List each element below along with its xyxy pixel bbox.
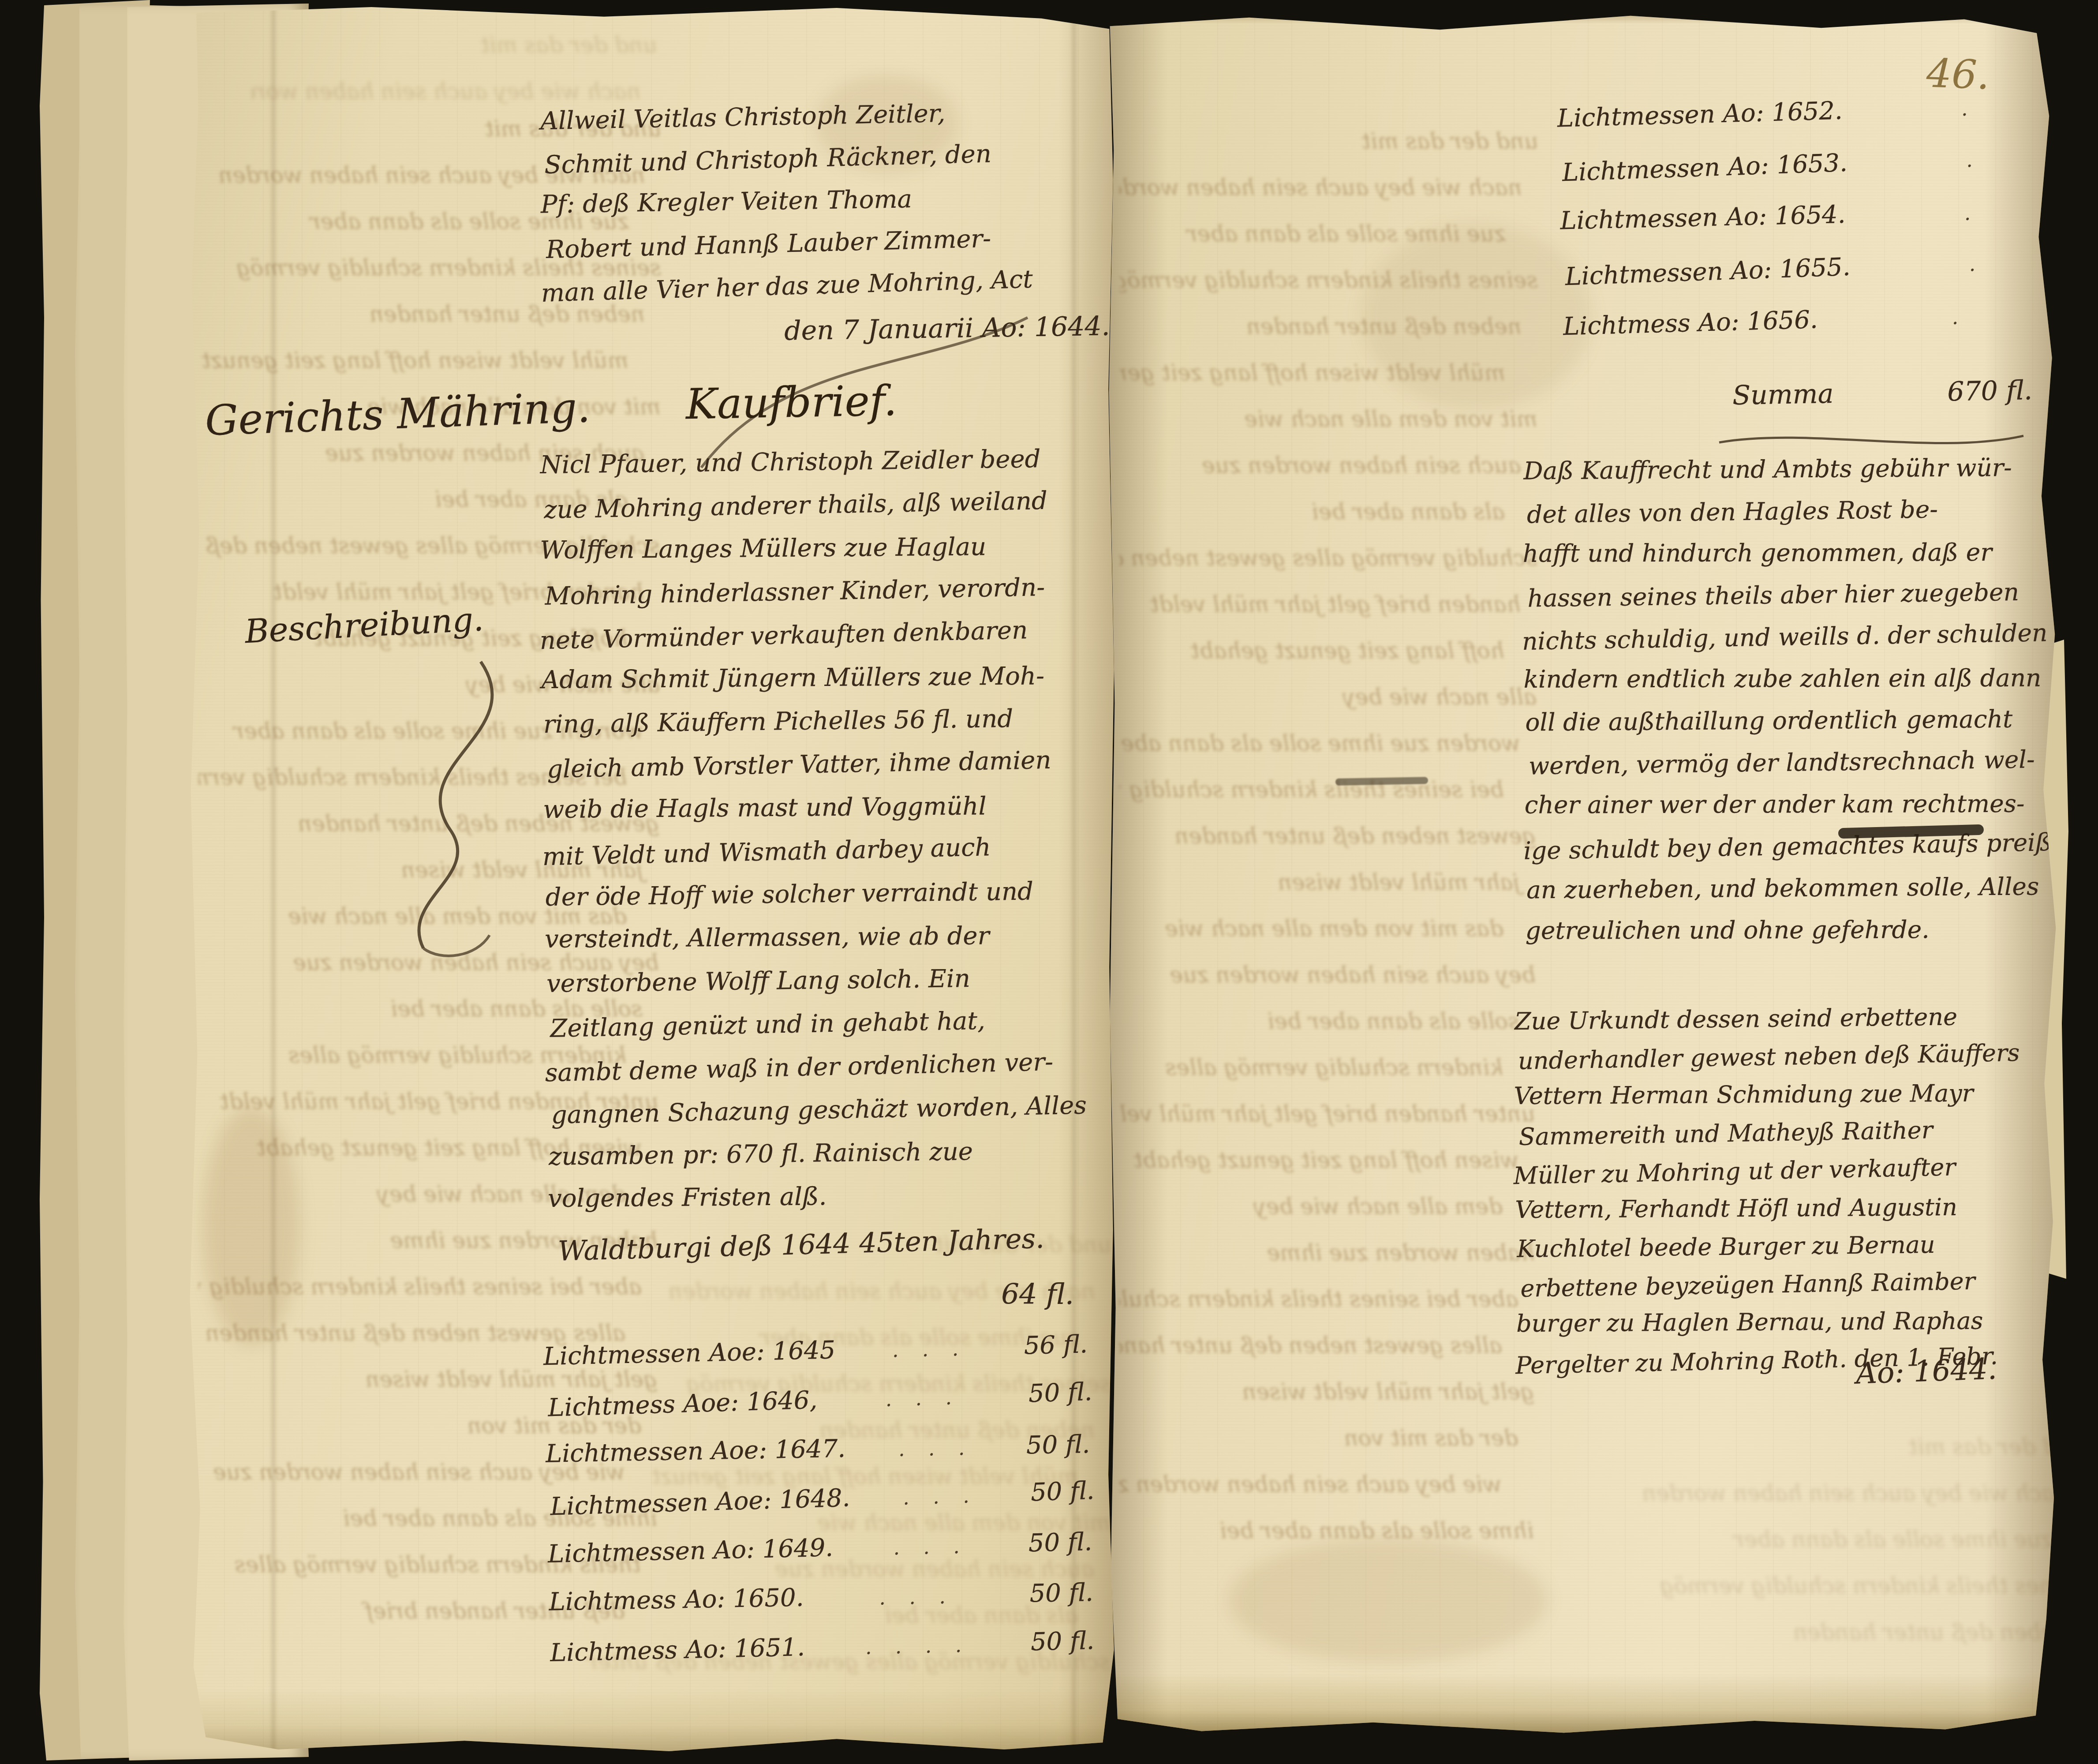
bleed-through-text: gelt jahr mühl veldt wisen bbox=[1119, 1369, 1534, 1415]
manuscript-line: underhandler gewest neben deß Käuffers bbox=[1518, 1033, 2096, 1080]
payment-amount: 50 fl. bbox=[2095, 86, 2098, 118]
witnesses-paragraph: Zue Urkundt dessen seind erbetteneunderh… bbox=[1515, 996, 2096, 1382]
manuscript-line: Daß Kauffrecht und Ambts gebühr wür- bbox=[1523, 446, 2097, 492]
bleed-through-text: als dann aber bei bbox=[1119, 489, 1505, 535]
bleed-through-text: und der das mit bbox=[1119, 118, 1538, 165]
manuscript-line: kindern endtlich zube zahlen ein alß dan… bbox=[1524, 657, 2097, 700]
payment-label: Lichtmess Aoe: 1646, bbox=[548, 1386, 818, 1422]
bleed-through-text: nach wie bey auch sein haben worden bbox=[1119, 165, 1522, 211]
manuscript-line: weib die Hagls mast und Voggmühl bbox=[543, 784, 1117, 831]
payment-dots: . . . bbox=[845, 1436, 1027, 1462]
payment-dots: . bbox=[1845, 199, 2098, 228]
bleed-through-text: zue ihme solle als dann aber bbox=[1119, 211, 1506, 257]
bleed-through-text: alles gewest neben deß unter handen bbox=[1119, 1322, 1502, 1369]
manuscript-scan: { "page_number": "46.", "colors": { "bac… bbox=[0, 0, 2098, 1764]
bleed-through-text: haben worden zue ihme bbox=[1119, 1230, 1535, 1276]
bleed-through-text: neben deß unter handen bbox=[1512, 1609, 2068, 1655]
manuscript-line: Vettern Herman Schmidung zue Mayr bbox=[1514, 1074, 2092, 1115]
bleed-through-text: worden zue ihme solle als dann aber bbox=[1119, 720, 1520, 767]
bleed-through-text: das mit von dem alle nach wie bbox=[1119, 906, 1503, 952]
document-heading: Kaufbrief. bbox=[685, 377, 898, 429]
bleed-through-text: wie bey auch sein haben worden zue bbox=[1119, 1461, 1502, 1508]
manuscript-line: gleich amb Vorstler Vatter, ihme damien bbox=[546, 738, 1121, 791]
bleed-through-text: wisen hoff lang zeit genuzt gehabt bbox=[1119, 1137, 1519, 1183]
summa-amount: 670 fl. bbox=[1947, 375, 2033, 407]
page-number: 46. bbox=[1926, 50, 1990, 99]
payment-dots: . . . bbox=[804, 1584, 1030, 1611]
payment-label: Lichtmessen Ao: 1654. bbox=[1560, 200, 1846, 236]
payment-label: Lichtmess Ao: 1651. bbox=[550, 1633, 805, 1667]
manuscript-line: Pergelter zu Mohring Roth. den 1. Febr. bbox=[1515, 1335, 2093, 1385]
manuscript-line: Adam Schmit Jüngern Müllers zue Moh- bbox=[541, 654, 1115, 702]
bleed-through-text: alle nach wie bey bbox=[1119, 674, 1537, 720]
bleed-through-text: mit von dem alle nach wie bbox=[1119, 396, 1537, 442]
manuscript-line: versteindt, Allermassen, wie ab der bbox=[545, 914, 1118, 961]
date-line: Ao: 1644. bbox=[1855, 1352, 1997, 1390]
bleed-through-text: zue ihme solle als dann aber bbox=[1512, 1517, 2053, 1563]
payment-dots: . . . bbox=[850, 1483, 1031, 1511]
manuscript-line: Wolffen Langes Müllers zue Haglau bbox=[540, 524, 1114, 572]
payment-label: Lichtmessen Ao: 1652. bbox=[1557, 96, 1843, 133]
payment-list-left: Lichtmessen Aoe: 1645. . .56 fl.Lichtmes… bbox=[543, 1329, 1137, 1688]
deed-terms-paragraph: Daß Kauffrecht und Ambts gebühr wür-det … bbox=[1523, 446, 2098, 953]
manuscript-line: nichts schuldig, und weills d. der schul… bbox=[1522, 611, 2095, 663]
payment-row: Lichtmess Ao: 1650.. . .50 fl. bbox=[549, 1577, 1136, 1637]
manuscript-line: erbettene beyzeügen Hannß Raimber bbox=[1520, 1260, 2098, 1308]
bleed-through-text: dem alle nach wie bey bbox=[1119, 1183, 1503, 1230]
pen-flourish bbox=[291, 653, 565, 970]
payment-dots: . . . bbox=[817, 1384, 1028, 1413]
bleed-through-text: kindern schuldig vermög alles bbox=[1119, 1045, 1503, 1091]
right-page: und der das mitnach wie bey auch sein ha… bbox=[1106, 12, 2060, 1740]
payment-first-amount: 64 fl. bbox=[545, 1278, 1074, 1311]
payment-amount: 56 fl. bbox=[1024, 1329, 1130, 1360]
bleed-through-text: neben deß unter handen bbox=[1119, 303, 1522, 350]
bleed-through-text: bey auch sein haben worden zue bbox=[1119, 952, 1536, 998]
manuscript-line: an zuerheben, und bekommen solle, Alles bbox=[1526, 865, 2098, 911]
payment-dots: . . . . bbox=[804, 1633, 1031, 1660]
bleed-through-block: und der das mitnach wie bey auch sein ha… bbox=[1512, 1424, 2085, 1671]
manuscript-line: det alles von den Hagles Rost be- bbox=[1526, 486, 2098, 536]
manuscript-line: getreulichen und ohne gefehrde. bbox=[1526, 908, 2098, 951]
left-page: und der das mitnach wie bey auch sein ha… bbox=[185, 4, 1116, 1755]
bleed-through-text: aber bei seines theils kindern schuldig … bbox=[1119, 1276, 1518, 1322]
bleed-through-text: jahr mühl veldt wisen bbox=[1119, 859, 1520, 906]
payment-dots: . bbox=[1850, 249, 2098, 280]
bleed-through-text: auch sein haben worden zue bbox=[1119, 442, 1521, 489]
bleed-through-text: hoff lang zeit genuzt gehabt bbox=[1119, 628, 1504, 674]
deed-body-paragraph: Nicl Pfauer, und Christoph Zeidler beedz… bbox=[540, 437, 1122, 1222]
summa-row: Summa 670 fl. bbox=[1732, 375, 2032, 411]
manuscript-line: Vettern, Ferhandt Höfl und Augustin bbox=[1515, 1187, 2093, 1229]
payment-dots: . bbox=[1818, 302, 2098, 333]
bleed-through-text: unter handen brief gelt jahr mühl veldt bbox=[1119, 1091, 1535, 1137]
bleed-through-text: schuldig vermög alles gewest neben deß u… bbox=[1119, 535, 1537, 581]
bleed-through-text: der das mit von bbox=[1119, 1415, 1518, 1461]
manuscript-line: cher ainer wer der ander kam rechtmes- bbox=[1525, 783, 2098, 826]
manuscript-line: hafft und hindurch genommen, daß er bbox=[1523, 531, 2096, 574]
payment-dots: . . . bbox=[833, 1534, 1028, 1561]
payment-label: Lichtmessen Aoe: 1645 bbox=[543, 1336, 836, 1371]
payment-label: Lichtmessen Aoe: 1648. bbox=[550, 1483, 851, 1521]
payment-dots: . bbox=[1842, 94, 2095, 124]
manuscript-line: werden, vermög der landtsrechnach wel- bbox=[1528, 738, 2098, 787]
bleed-through-text: nach wie bey auch sein haben worden bbox=[1512, 1470, 2069, 1517]
payment-label: Lichtmessen Ao: 1655. bbox=[1565, 253, 1851, 292]
manuscript-line: oll die außthaillung ordentlich gemacht bbox=[1525, 697, 2098, 743]
bleed-through-text: solle als dann aber bei bbox=[1119, 998, 1519, 1045]
bleed-through-text: mühl veldt wisen hoff lang zeit genuzt bbox=[1119, 350, 1505, 396]
manuscript-line: ige schuldt bey den gemachtes kaufs prei… bbox=[1523, 820, 2097, 872]
edge-stain bbox=[1106, 12, 2060, 24]
bleed-through-text: ihme solle als dann aber bei bbox=[1119, 1508, 1534, 1552]
paper-stain bbox=[1230, 1539, 1547, 1662]
payment-list-right: Lichtmessen Ao: 1652..50 fl.Lichtmessen … bbox=[1557, 86, 2098, 365]
bleed-through-block: und der das mitnach wie bey auch sein ha… bbox=[1119, 118, 1538, 1552]
bleed-through-text: gewest neben deß unter handen bbox=[1119, 813, 1536, 859]
edge-stain bbox=[1106, 1674, 2060, 1740]
bleed-through-text: seines theils kindern schuldig vermög bbox=[1119, 257, 1538, 303]
bleed-through-text: seines theils kindern schuldig vermög bbox=[1512, 1563, 2085, 1609]
manuscript-line: zue Mohring anderer thails, alß weiland bbox=[543, 478, 1118, 532]
bleed-through-text: und der das mit bbox=[1512, 1424, 2085, 1470]
bleed-through-text: bei seines theils kindern schuldig vermö… bbox=[1119, 767, 1504, 813]
edge-stain bbox=[185, 1689, 1116, 1755]
payment-label: Lichtmessen Aoe: 1647. bbox=[546, 1434, 846, 1468]
manuscript-line: volgendes Fristen alß. bbox=[548, 1173, 1122, 1221]
payment-dots: . bbox=[1847, 145, 2098, 176]
manuscript-line: zusamben pr: 670 fl. Rainisch zue bbox=[548, 1128, 1122, 1179]
bleed-through-text: handen brief gelt jahr mühl veldt bbox=[1119, 581, 1521, 628]
payment-dots: . . . bbox=[835, 1336, 1025, 1363]
summa-label: Summa bbox=[1732, 378, 1833, 411]
bleed-through-text: und der das mit bbox=[251, 22, 657, 68]
payment-label: Lichtmess Ao: 1650. bbox=[549, 1583, 804, 1616]
